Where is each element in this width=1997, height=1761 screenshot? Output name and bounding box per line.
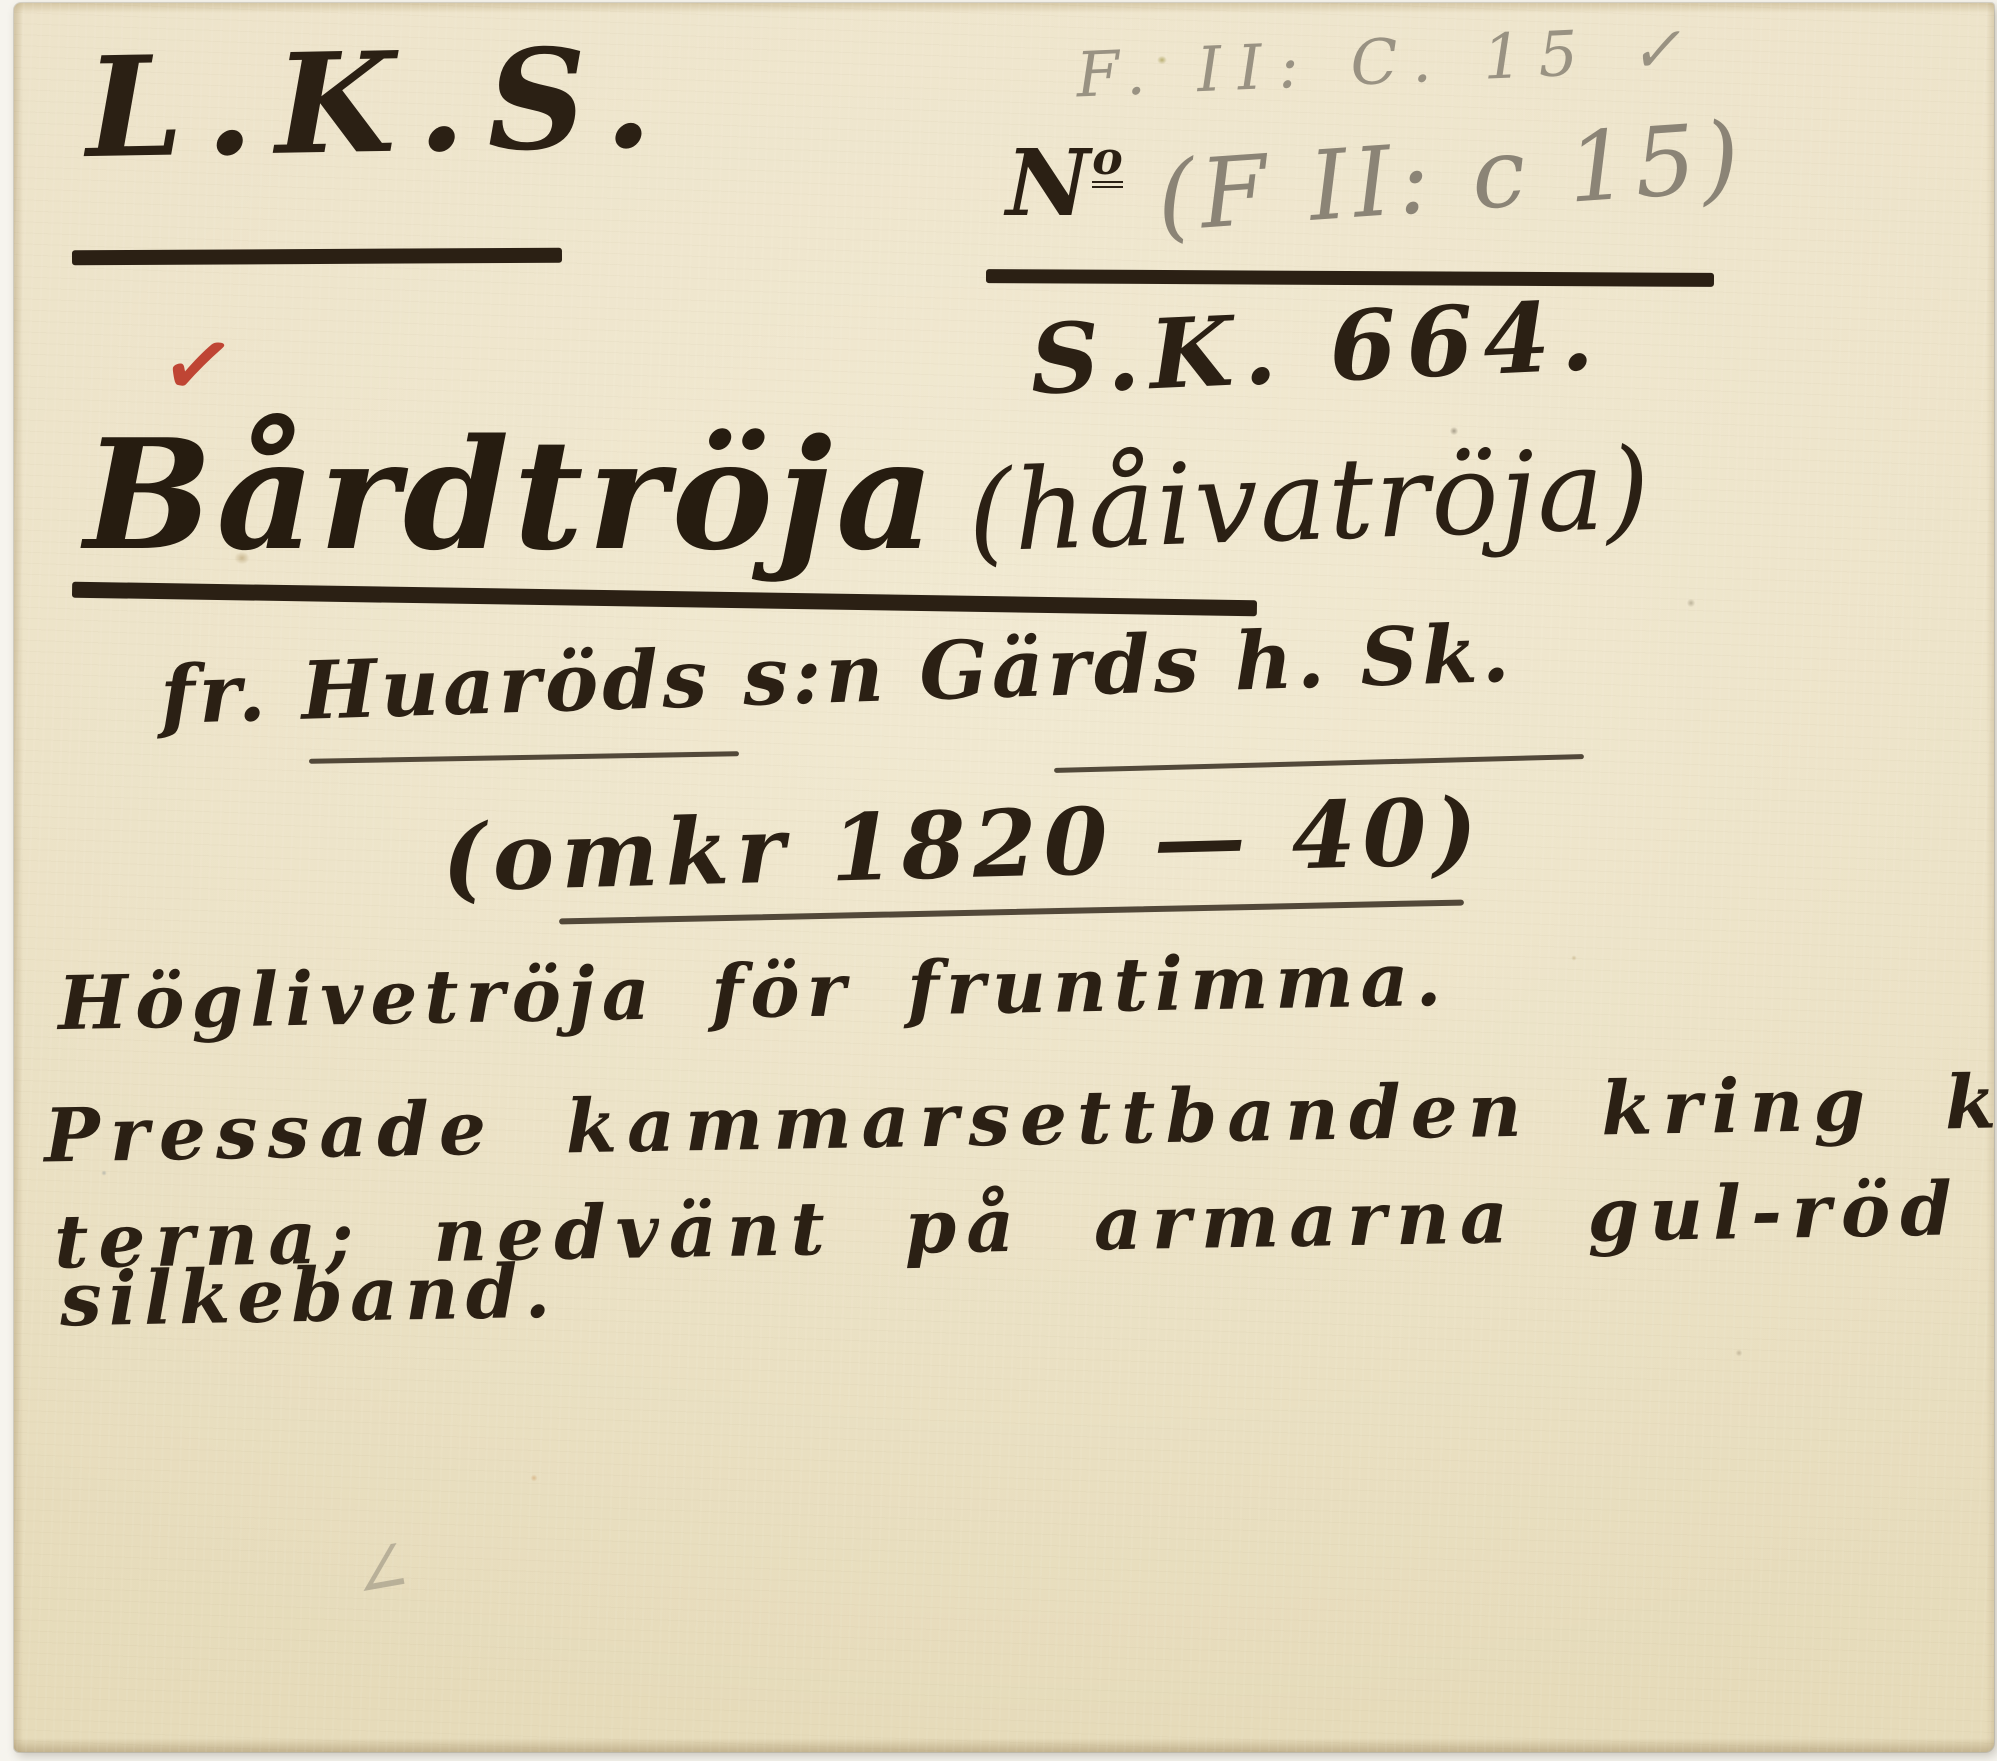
- bottom-pencil-mark: ∠: [343, 1522, 419, 1617]
- paper-card: L.K.S. ✓ F. II: C. 15 ✓ N o (F II: c 15)…: [14, 3, 1994, 1752]
- description-line-2: Pressade kammarsettbanden kring kan-: [43, 1056, 1997, 1179]
- pencil-shelfmark: F. II: C. 15 ✓: [1075, 11, 1699, 111]
- number-label-superscript: o: [1092, 135, 1123, 188]
- number-underline: [986, 269, 1714, 287]
- title-underline: [72, 582, 1257, 617]
- description-line-4: silkeband.: [59, 1249, 558, 1344]
- date-note: (omkr 1820 — 40): [441, 777, 1486, 912]
- collection-mark: L.K.S.: [85, 16, 676, 189]
- inventory-number: S.K. 664.: [1028, 279, 1606, 417]
- collection-mark-underline: [72, 248, 562, 266]
- number-row: N o (F II: c 15): [1006, 129, 1746, 241]
- provenance-underline-district: [1054, 754, 1584, 773]
- scan-background: L.K.S. ✓ F. II: C. 15 ✓ N o (F II: c 15)…: [0, 0, 1997, 1761]
- card-title-row: Bårdtröja (håivatröja): [84, 405, 1652, 584]
- number-label: N: [1006, 129, 1090, 237]
- card-title-alternate: (håivatröja): [966, 424, 1654, 578]
- provenance-line: fr. Huaröds s:n Gärds h. Sk.: [159, 606, 1515, 742]
- card-title: Bårdtröja: [84, 405, 938, 584]
- description-line-1: Höglivetröja för fruntimma.: [57, 937, 1449, 1047]
- number-pencil-note: (F II: c 15): [1153, 101, 1749, 254]
- provenance-underline-place: [309, 751, 739, 764]
